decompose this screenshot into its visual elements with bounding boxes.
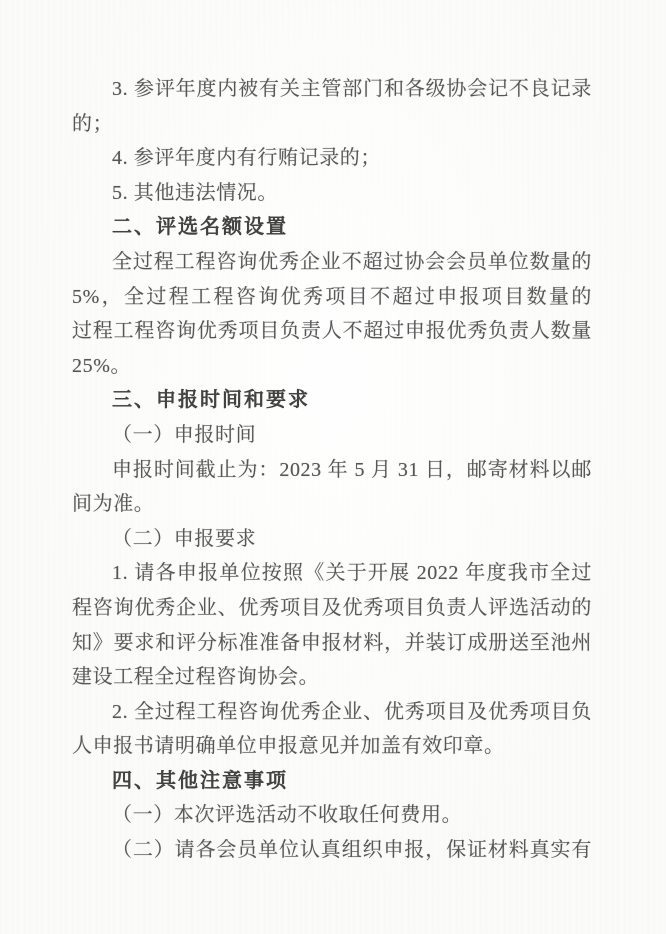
document-line: （一）本次评选活动不收取任何费用。 [72,798,592,833]
document-line: 2. 全过程工程咨询优秀企业、优秀项目及优秀项目负责 [72,695,592,730]
document-line: 3. 参评年度内被有关主管部门和各级协会记不良记录 [72,72,592,107]
document-line: 程咨询优秀企业、优秀项目及优秀项目负责人评选活动的通 [72,591,592,626]
document-line: 5. 其他违法情况。 [72,176,592,211]
document-line: 申报时间截止为：2023 年 5 月 31 日，邮寄材料以邮戳时 [72,453,592,488]
document-line: 5%，全过程工程咨询优秀项目不超过申报项目数量的 25%，全 [72,280,592,315]
document-line: 25%。 [72,349,592,384]
document-line: 间为准。 [72,487,592,522]
document-line: 过程工程咨询优秀项目负责人不超过申报优秀负责人数量的 [72,314,592,349]
document-line: 1. 请各申报单位按照《关于开展 2022 年度我市全过程工 [72,556,592,591]
document-line: 全过程工程咨询优秀企业不超过协会会员单位数量的 2 [72,245,592,280]
document-line: 的； [72,107,592,142]
document-page: 3. 参评年度内被有关主管部门和各级协会记不良记录的；4. 参评年度内有行贿记录… [0,0,666,934]
section-heading: 四、其他注意事项 [72,764,592,799]
document-line: 人申报书请明确单位申报意见并加盖有效印章。 [72,729,592,764]
document-line: （二）申报要求 [72,522,592,557]
document-line: （一）申报时间 [72,418,592,453]
section-heading: 二、评选名额设置 [72,210,592,245]
document-text-block: 3. 参评年度内被有关主管部门和各级协会记不良记录的；4. 参评年度内有行贿记录… [72,72,592,868]
document-line: 知》要求和评分标准准备申报材料，并装订成册送至池州市 [72,626,592,661]
document-line: 4. 参评年度内有行贿记录的； [72,141,592,176]
section-heading: 三、申报时间和要求 [72,383,592,418]
document-line: （二）请各会员单位认真组织申报，保证材料真实有效 [72,833,592,868]
document-line: 建设工程全过程咨询协会。 [72,660,592,695]
